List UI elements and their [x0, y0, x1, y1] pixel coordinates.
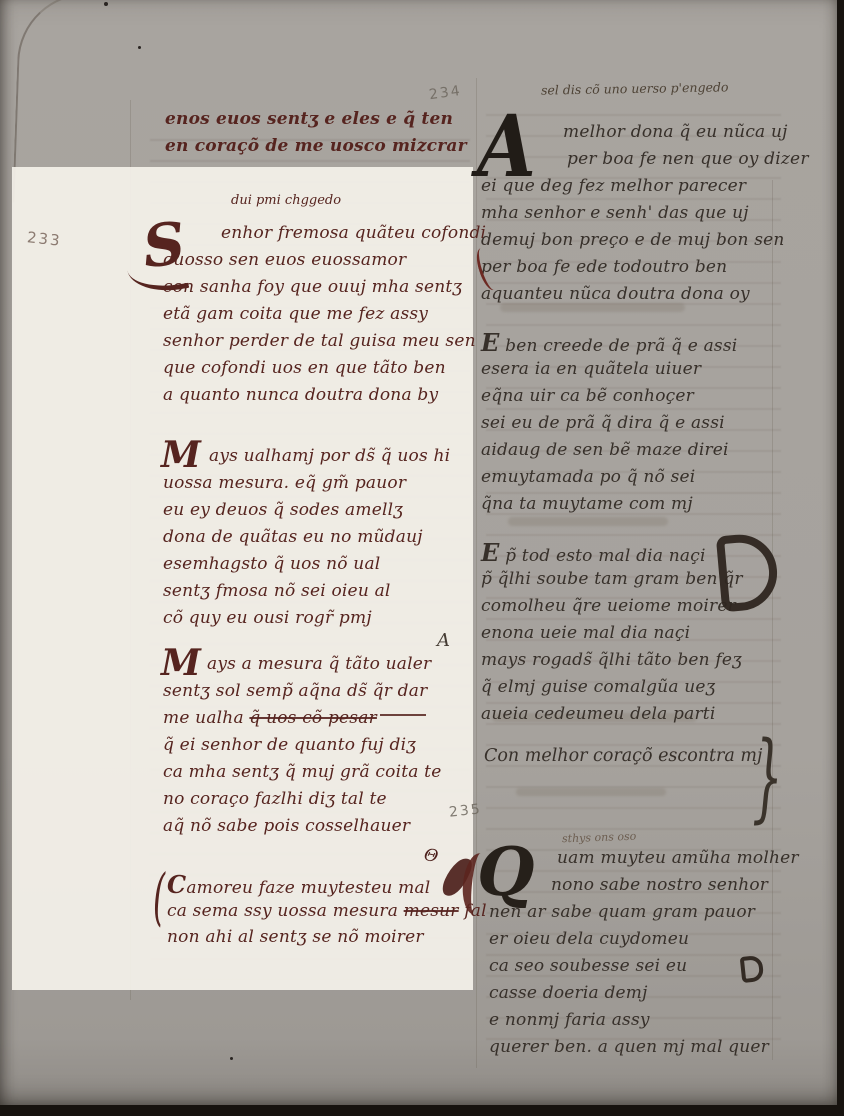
verse-line: con sanha foy que ouuj mha sentʒ [163, 274, 486, 301]
verse-text: amoreu faze muytesteu mal [186, 878, 430, 898]
verse-line: er oieu dela cuydomeu [479, 926, 799, 953]
verse-text: ca sema ssy uossa mesura [167, 901, 404, 921]
verse-line: sentʒ sol semp̃ aq̃na ds̃ q̃r dar [163, 678, 441, 705]
ink-speck [138, 46, 141, 49]
verse-line: aueia cedeumeu dela parti [481, 701, 743, 728]
initial-c: C [167, 870, 186, 899]
verse-line: eq̃na uir ca bẽ conhoçer [481, 383, 737, 410]
struck-text: mesur [404, 901, 459, 921]
initial-e: E [481, 538, 500, 567]
verse-line: enos euos sentʒ e eles e q̃ ten [165, 106, 467, 133]
verse-line: per boa fe ede todoutro ben [481, 254, 809, 281]
verse-line: q̃ ei senhor de quanto fuj diʒ [163, 732, 441, 759]
verse-line: en coraçõ de me uosco mizcrar [165, 133, 467, 160]
verse-line: aidaug de sen bẽ maze direi [481, 437, 737, 464]
verse-line: mha senhor e senh' das que uj [481, 200, 809, 227]
manuscript-page-photo: 233 234 235 sel dis cõ uno uerso p'enged… [0, 0, 844, 1116]
struck-text: q̃ uos cõ pesar [249, 708, 426, 728]
verse-line: enona ueie mal dia naçi [481, 620, 743, 647]
verse-line: Camoreu faze muytesteu mal [167, 872, 487, 898]
stanza: S enhor fremosa quãteu cofondi ouosso se… [163, 220, 486, 409]
verse-line: no coraço fazlhi diʒ tal te [163, 786, 441, 813]
verse-line: cõ quy eu ousi rogr̃ pmj [163, 605, 450, 632]
folio-number-left: 233 [26, 228, 62, 250]
bleed-through-text [516, 788, 666, 796]
catchword-lines: enos euos sentʒ e eles e q̃ ten en coraç… [165, 106, 467, 160]
verse-line: sentʒ fmosa nõ sei oieu al [163, 578, 450, 605]
faint-annotation: sthys ons oso [562, 830, 637, 846]
bleed-through-text [508, 517, 668, 526]
verse-text: p̃ tod esto mal dia naçi [505, 546, 706, 566]
folio-number-top: 234 [428, 83, 463, 103]
refrain-line: Con melhor coraçõ escontra mj [484, 746, 762, 766]
verse-line: dona de quãtas eu no mũdauj [163, 524, 450, 551]
stanza: E p̃ tod esto mal dia naçi p̃ q̃lhi soub… [481, 539, 743, 728]
fiinda-stanza: Camoreu faze muytesteu mal ca sema ssy u… [167, 872, 487, 950]
verse-line: sei eu de prã q̃ dira q̃ e assi [481, 410, 737, 437]
verse-text: ben creede de prã q̃ e assi [505, 336, 737, 356]
illuminated-initial-a: A [477, 104, 536, 189]
verse-line: emuytamada po q̃ nõ sei [481, 464, 737, 491]
verse-line: ouosso sen euos euossamor [163, 247, 486, 274]
stanza: Q uam muyteu amũha molher nono sabe nost… [479, 845, 799, 1061]
verse-line: casse doeria demj [479, 980, 799, 1007]
verse-line: ca mha sentʒ q̃ muj grã coita te [163, 759, 441, 786]
verse-line: e nonmj faria assy [479, 1007, 799, 1034]
verse-line: ays a mesura q̃ tãto ualer [163, 651, 441, 678]
fiinda-bracket: ( [153, 866, 165, 928]
folio-number-mid: 235 [448, 801, 482, 820]
verse-line: a quanto nunca doutra dona by [163, 382, 486, 409]
ink-speck [104, 2, 108, 6]
verse-line: uossa mesura. eq̃ gm̃ pauor [163, 470, 450, 497]
verse-text: me ualha [163, 708, 249, 728]
verse-line: E p̃ tod esto mal dia naçi [481, 539, 743, 566]
verse-line: mays rogads̃ q̃lhi tãto ben feʒ [481, 647, 743, 674]
attribution-rubric: dui pmi chggedo [231, 193, 341, 208]
verse-line: p̃ q̃lhi soube tam gram ben q̃r [481, 566, 743, 593]
stanza: A melhor dona q̃ eu nũca uj per boa fe n… [481, 119, 809, 308]
verse-line: aq̃ nõ sabe pois cosselhauer [163, 813, 441, 840]
verse-line: ays ualhamj por ds̃ q̃ uos hi [163, 443, 450, 470]
verse-line: comolheu q̃re ueiome moirer [481, 593, 743, 620]
verse-line: senhor perder de tal guisa meu sen [163, 328, 486, 355]
stanza: M ays a mesura q̃ tãto ualer sentʒ sol s… [163, 651, 441, 840]
stanza: M ays ualhamj por ds̃ q̃ uos hi uossa me… [163, 443, 450, 632]
verse-line: etã gam coita que me fez assy [163, 301, 486, 328]
ink-speck [230, 1057, 233, 1060]
curly-brace-mark: } [752, 729, 783, 825]
verse-line: esera ia en quãtela uiuer [481, 356, 737, 383]
parchment-page: 233 234 235 sel dis cõ uno uerso p'enged… [0, 0, 837, 1105]
verse-line: demuj bon preço e de muj bon sen [481, 227, 809, 254]
verse-line: non ahi al sentʒ se nõ moirer [167, 924, 487, 950]
verse-line: que cofondi uos en que tãto ben [163, 355, 486, 382]
verse-line: q̃na ta muytame com mj [481, 491, 737, 518]
verse-line: aquanteu nũca doutra dona oy [481, 281, 809, 308]
stanza: E ben creede de prã q̃ e assi esera ia e… [481, 329, 737, 518]
verse-line: querer ben. a quen mj mal quer [479, 1034, 799, 1061]
verse-line: eu ey deuos q̃ sodes amellʒ [163, 497, 450, 524]
verse-line: enhor fremosa quãteu cofondi [163, 220, 486, 247]
correction-mark-a: A [437, 630, 450, 651]
initial-e: E [481, 328, 500, 357]
verse-line-struck: me ualha q̃ uos cõ pesar [163, 705, 441, 732]
verse-line: E ben creede de prã q̃ e assi [481, 329, 737, 356]
verse-line: q̃ elmj guise comalgũa ueʒ [481, 674, 743, 701]
illuminated-initial-m: M [161, 437, 201, 473]
illuminated-initial-m: M [161, 645, 201, 681]
verse-line-struck: ca sema ssy uossa mesura mesur fal [167, 898, 487, 924]
verse-line: esemhagsto q̃ uos nõ ual [163, 551, 450, 578]
